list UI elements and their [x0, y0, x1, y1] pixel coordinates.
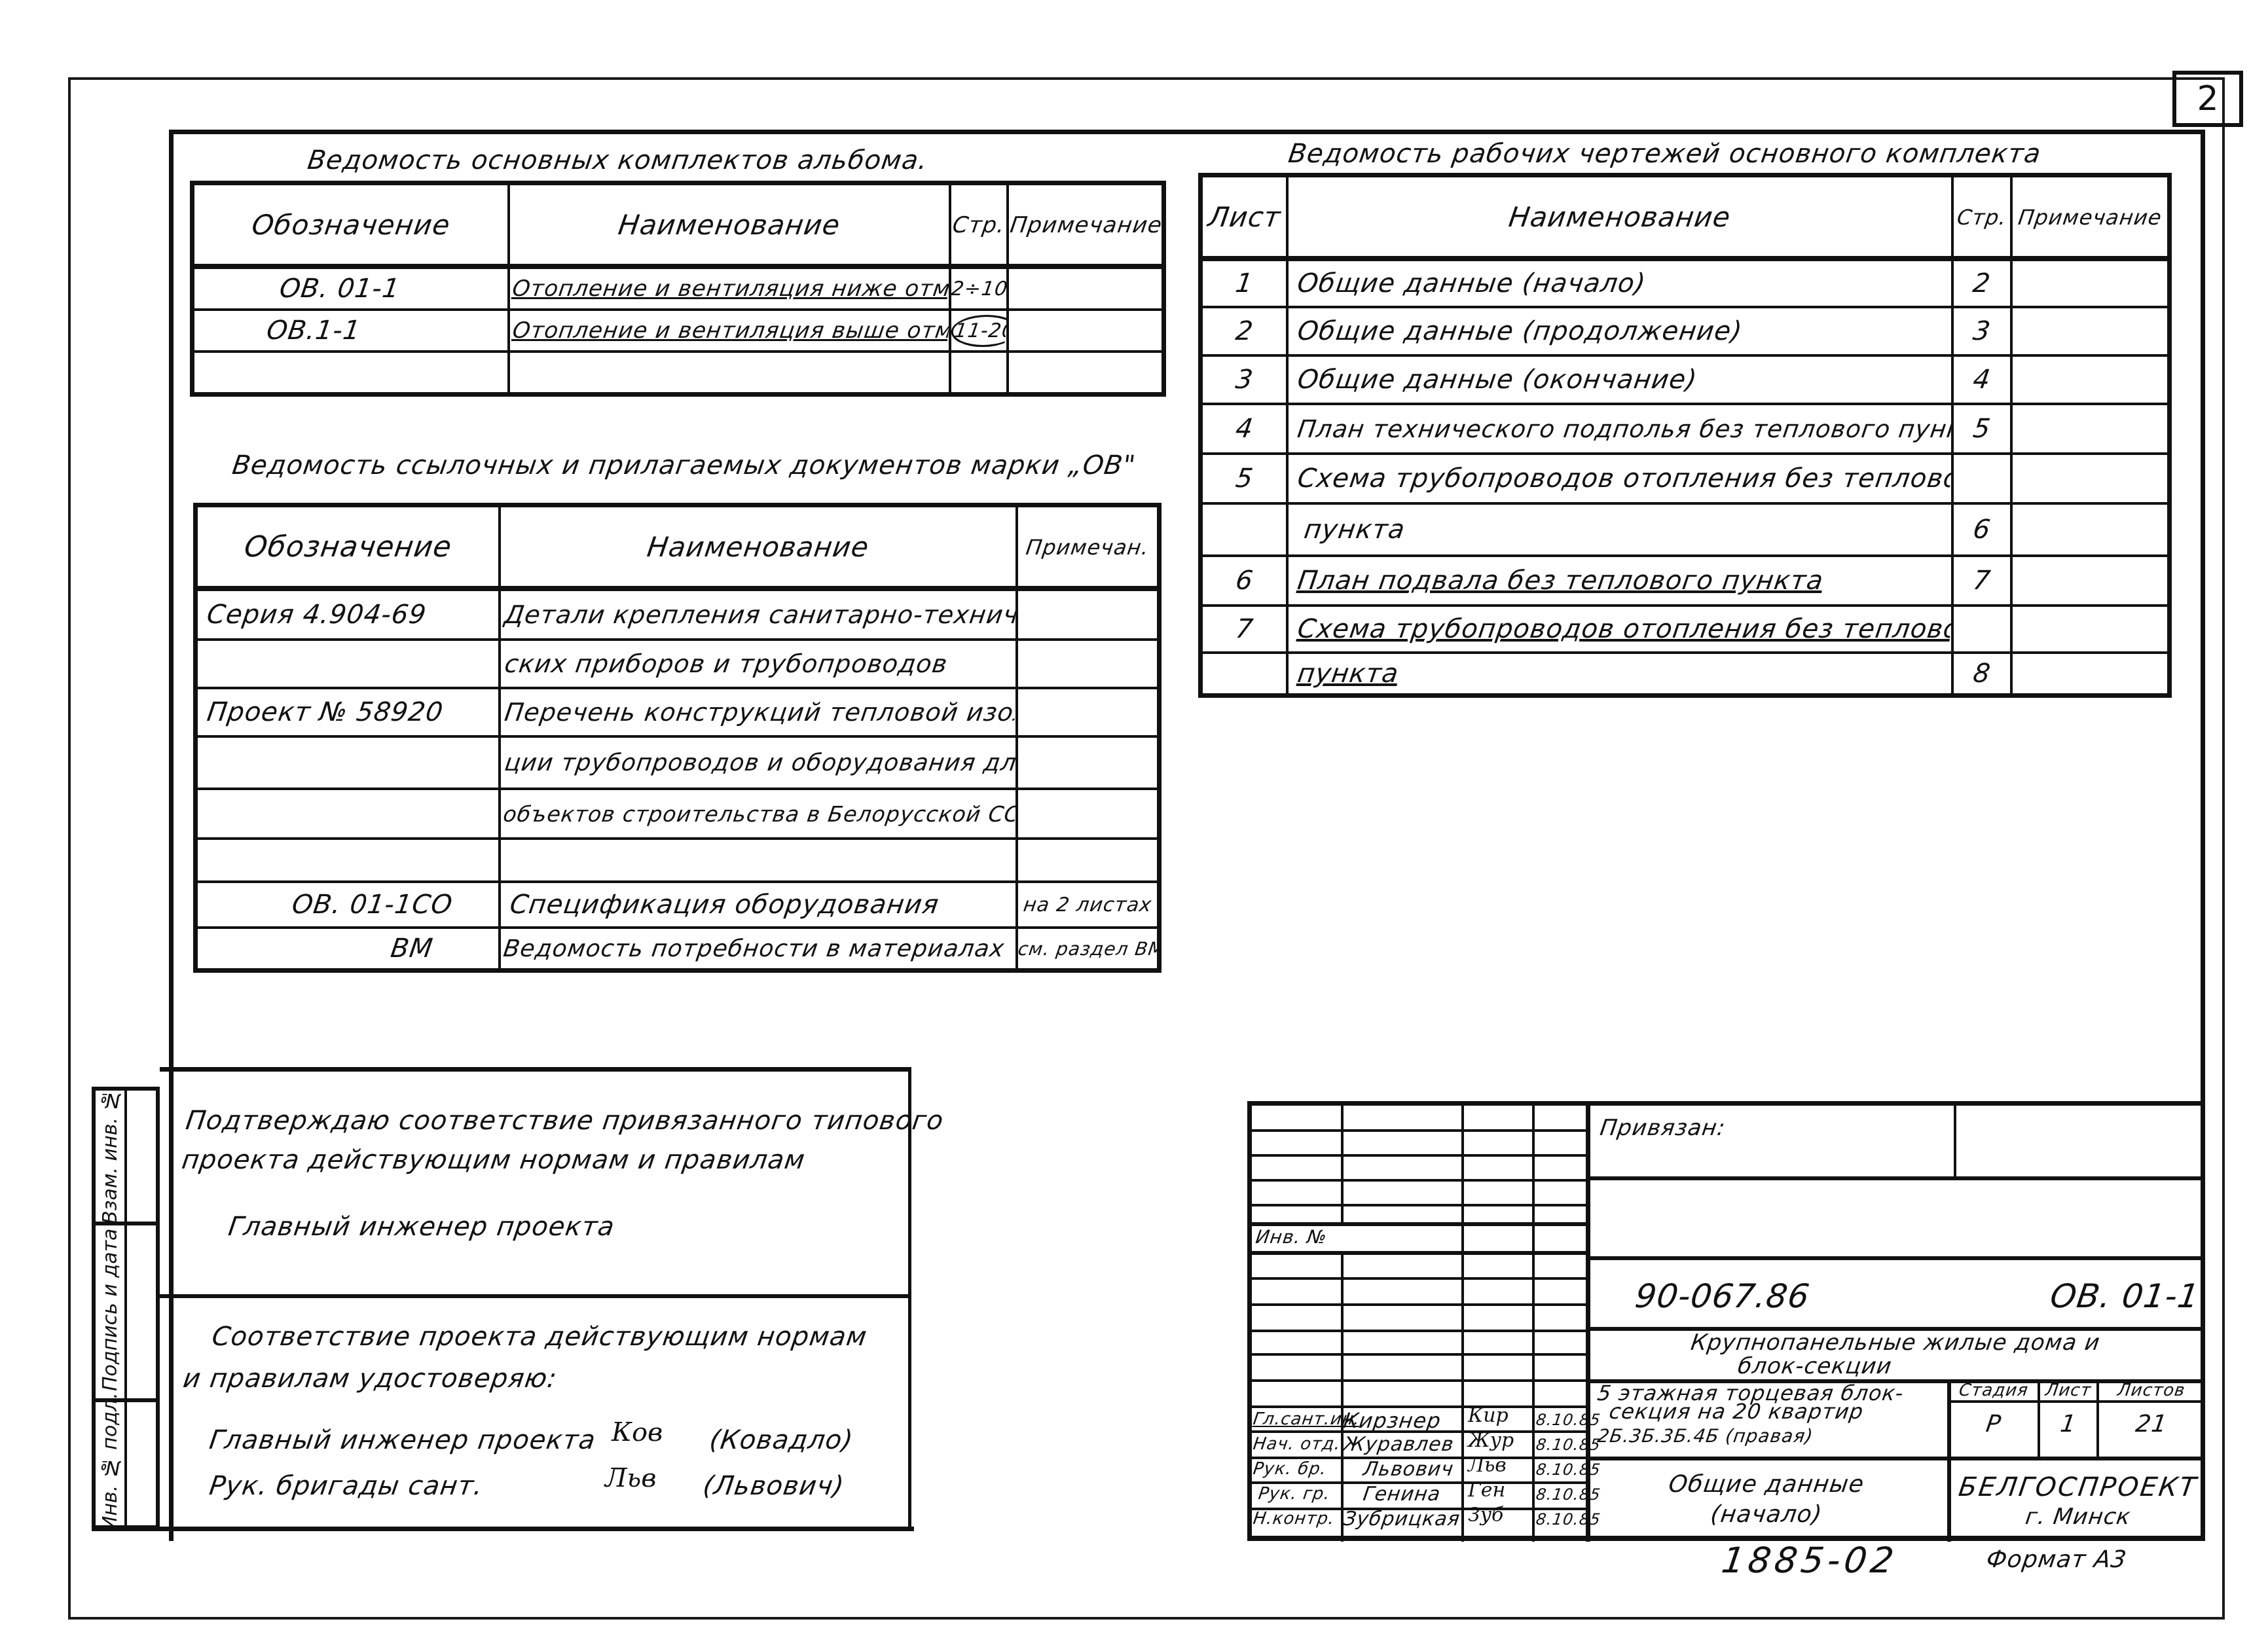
certify-line1: Соответствие проекта действующим нормам [210, 1322, 869, 1352]
page-cell [1948, 454, 2015, 503]
note-cell [1017, 839, 1160, 882]
sheet-cell [1198, 653, 1290, 696]
table-row: 6 План подвала без теплового пункта 7 [1201, 556, 2170, 606]
staff-date: 8.10.85 [1535, 1436, 1602, 1454]
table-row: Серия 4.904-69 Детали крепления санитарн… [196, 589, 1160, 640]
note-cell [1017, 688, 1160, 736]
designation-cell: ОВ.1-1 [189, 310, 511, 352]
table-row: ВМ Ведомость потребности в материалах см… [196, 928, 1160, 971]
note-cell [1008, 310, 1164, 352]
staff-role: Рук. гр. [1257, 1484, 1332, 1504]
staff-signature: Жур [1468, 1429, 1514, 1452]
organization-city: г. Минск [1949, 1504, 2207, 1530]
page-number: 2 [2197, 79, 2218, 118]
designation-cell: ОВ. 01-1СО [192, 882, 503, 928]
page-cell: 3 [1948, 307, 2014, 355]
note-cell: на 2 листах [1014, 882, 1163, 928]
approval-block: Подтверждаю соответствие привязанного ти… [160, 1067, 911, 1529]
col-header-page: Стр. [944, 183, 1014, 267]
col-header-designation: Обозначение [190, 505, 505, 589]
table-row: ции трубопроводов и оборудования для [196, 736, 1160, 789]
object-line2: секция на 20 квартир [1607, 1399, 1865, 1424]
note-cell [2011, 355, 2170, 404]
page-cell: 4 [1948, 355, 2014, 404]
drawing-title-line1: Общие данные [1584, 1471, 1949, 1498]
signatory-role: Рук. бригады сант. [208, 1471, 485, 1501]
sheets-value: 21 [2097, 1411, 2206, 1438]
name-cell: Общие данные (начало) [1283, 259, 1955, 307]
staff-row: Рук. гр. Генина Ген 8.10.85 [1252, 1483, 1586, 1508]
signatory-role: Главный инженер проекта [208, 1425, 598, 1455]
col-header-page: Стр. [1947, 175, 2017, 259]
col-header-name: Наименование [503, 183, 956, 267]
note-cell [1017, 640, 1160, 688]
name-cell: Общие данные (окончание) [1283, 355, 1955, 404]
table-row: 4 План технического подполья без теплово… [1201, 404, 2170, 454]
sheet-value: 1 [2038, 1411, 2098, 1438]
format-label: Формат А3 [1985, 1546, 2129, 1573]
name-cell [500, 839, 1017, 882]
table-row: 7 Схема трубопроводов отопления без тепл… [1201, 606, 2170, 653]
page-range: 11-20 [949, 315, 1010, 347]
designation-cell [192, 352, 509, 395]
name-cell: План подвала без теплового пункта [1283, 556, 1956, 606]
staff-name: Львович [1362, 1458, 1455, 1481]
name-cell: Детали крепления санитарно-техниче- [496, 589, 1020, 640]
signatory-name: (Львович) [701, 1471, 847, 1501]
name-cell: ских приборов и трубопроводов [496, 640, 1019, 688]
table-row: Проект № 58920 Перечень конструкций тепл… [196, 688, 1160, 736]
document-code: ОВ. 01-1 [2048, 1277, 2202, 1315]
col-header-note: Примечание [1002, 183, 1170, 267]
drawings-table: Лист Наименование Стр. Примечание 1 Общи… [1198, 173, 2172, 698]
table-row [192, 352, 1164, 395]
side-stamp-replaced-inv: Взам. инв. № [96, 1091, 124, 1222]
staff-signature: Зуб [1468, 1504, 1503, 1527]
side-stamp: Взам. инв. № Подпись и дата Инв. № подл. [92, 1087, 160, 1529]
note-cell [1017, 789, 1160, 839]
staff-row: Рук. бр. Львович Льв 8.10.85 [1252, 1458, 1586, 1483]
table-row: пункта 8 [1201, 653, 2170, 696]
name-cell: Общие данные (продолжение) [1283, 307, 1955, 355]
staff-row: Н.контр. Зубрицкая Зуб 8.10.85 [1252, 1508, 1586, 1532]
name-cell: Ведомость потребности в материалах [496, 928, 1019, 971]
table-row: ОВ. 01-1 Отопление и вентиляция ниже отм… [192, 266, 1164, 310]
page-cell: 2 [1948, 259, 2014, 307]
project-name-line1: Крупнопанельные жилые дома и [1584, 1330, 2207, 1356]
table-row: 3 Общие данные (окончание) 4 [1201, 355, 2170, 404]
note-cell [1017, 736, 1160, 789]
note-cell: см. раздел ВМ [1014, 928, 1162, 971]
name-cell: Схема трубопроводов отопления без теплов… [1283, 454, 1956, 503]
page-number-box: 2 [2172, 71, 2243, 127]
staff-row: Нач. отд. Журавлев Жур 8.10.85 [1252, 1433, 1586, 1458]
inv-number-label: Инв. № [1254, 1226, 1328, 1248]
signature-mark: Ков [612, 1417, 663, 1447]
title-block: Инв. № Гл.сант.ин. Кирзнер Кир 8.10.85 Н… [1247, 1101, 2205, 1541]
staff-date: 8.10.85 [1535, 1411, 1602, 1429]
table-row [196, 839, 1160, 882]
confirm-text-line1: Подтверждаю соответствие привязанного ти… [184, 1106, 945, 1136]
table-row: пункта 6 [1201, 503, 2170, 556]
col-header-name: Наименование [1281, 175, 1958, 259]
name-cell: пункта [1283, 503, 1956, 556]
page-cell: 2÷10 [947, 266, 1010, 310]
staff-name: Журавлев [1342, 1433, 1455, 1456]
table-row: 1 Общие данные (начало) 2 [1201, 259, 2170, 307]
staff-role: Рук. бр. [1252, 1459, 1328, 1479]
note-cell [2011, 404, 2170, 454]
name-cell: План технического подполья без теплового… [1283, 404, 1956, 454]
col-header-name: Наименование [494, 505, 1023, 589]
organization-name: БЕЛГОСПРОЕКТ [1949, 1472, 2207, 1502]
object-line3: 2Б.3Б.3Б.4Б (правая) [1596, 1425, 1815, 1447]
designation-cell: ВМ [192, 928, 502, 971]
name-cell: объектов строительства в Белорусской ССР [496, 789, 1020, 839]
albums-table: Обозначение Наименование Стр. Примечание… [190, 181, 1166, 397]
drawings-table-title: Ведомость рабочих чертежей основного ком… [1287, 139, 2043, 169]
refs-table-title: Ведомость ссылочных и прилагаемых докуме… [230, 450, 1138, 480]
page-cell [1948, 606, 2014, 653]
project-name-line2: блок-секции [1584, 1353, 2046, 1379]
note-cell [2011, 503, 2170, 556]
designation-cell [196, 736, 500, 789]
name-cell: Отопление и вентиляция выше отм.0.000 [505, 310, 953, 352]
sheet-cell: 1 [1197, 259, 1290, 307]
designation-cell: ОВ. 01-1 [189, 266, 511, 310]
sheets-header: Листов [2098, 1381, 2205, 1400]
signature-mark: Льв [605, 1463, 656, 1493]
staff-name: Кирзнер [1342, 1408, 1442, 1433]
page-cell [950, 352, 1008, 395]
designation-cell [196, 789, 500, 839]
sheet-cell: 3 [1197, 355, 1290, 404]
grid-line [1954, 1106, 1956, 1179]
name-cell: пункта [1284, 653, 1955, 696]
approval-divider [160, 1294, 908, 1298]
note-cell [2011, 307, 2170, 355]
page-cell-circled: 11-20 [947, 310, 1010, 352]
sheet-cell: 7 [1197, 606, 1290, 653]
side-stamp-original-inv: Инв. № подл. [96, 1398, 124, 1525]
col-header-designation: Обозначение [187, 183, 515, 267]
staff-row: Гл.сант.ин. Кирзнер Кир 8.10.85 [1252, 1408, 1586, 1433]
page-cell: 8 [1949, 653, 2014, 696]
table-row: ОВ.1-1 Отопление и вентиляция выше отм.0… [192, 310, 1164, 352]
project-code: 90-067.86 [1633, 1277, 1812, 1315]
note-cell [2011, 454, 2170, 503]
designation-cell: Проект № 58920 [192, 688, 502, 736]
name-cell: Схема трубопроводов отопления без теплов… [1283, 606, 1955, 653]
drawing-title-line2: (начало) [1584, 1501, 1949, 1528]
stage-header: Стадия [1948, 1381, 2039, 1400]
approval-bottom-border [92, 1527, 914, 1531]
name-cell [509, 352, 950, 395]
name-cell: ции трубопроводов и оборудования для [496, 736, 1020, 789]
col-header-note: Примечание [2005, 175, 2176, 259]
page-cell: 5 [1948, 404, 2015, 454]
chief-engineer-label: Главный инженер проекта [227, 1212, 617, 1242]
staff-name: Зубрицкая [1342, 1508, 1462, 1531]
staff-signature: Ген [1468, 1479, 1505, 1502]
staff-name: Генина [1362, 1483, 1442, 1506]
sheet-header: Лист [2039, 1381, 2098, 1400]
side-stamp-divider [124, 1091, 127, 1525]
stage-value: Р [1948, 1411, 2039, 1438]
col-header-note: Примечан. [1011, 505, 1165, 589]
sheet-cell: 4 [1197, 404, 1290, 454]
table-row: объектов строительства в Белорусской ССР [196, 789, 1160, 839]
table-row: 2 Общие данные (продолжение) 3 [1201, 307, 2170, 355]
sheet-cell [1197, 503, 1290, 556]
refs-table-header: Обозначение Наименование Примечан. [196, 505, 1160, 589]
note-cell [2011, 556, 2170, 606]
name-cell: Перечень конструкций тепловой изоля- [496, 688, 1019, 736]
bound-label: Привязан: [1598, 1115, 1727, 1141]
note-cell [1017, 589, 1160, 640]
staff-role: Н.контр. [1252, 1509, 1336, 1529]
table-row: ских приборов и трубопроводов [196, 640, 1160, 688]
note-cell [2011, 606, 2170, 653]
designation-cell: Серия 4.904-69 [192, 589, 503, 640]
note-cell [2011, 653, 2170, 696]
note-cell [1008, 352, 1164, 395]
staff-signature: Кир [1468, 1404, 1509, 1427]
confirm-text-line2: проекта действующим нормам и правилам [180, 1145, 807, 1175]
note-cell [1008, 266, 1164, 310]
staff-role: Нач. отд. [1252, 1434, 1342, 1454]
archive-code: 1885-02 [1719, 1540, 1900, 1581]
drawings-table-header: Лист Наименование Стр. Примечание [1201, 175, 2170, 259]
refs-table: Обозначение Наименование Примечан. Серия… [193, 503, 1161, 973]
albums-table-header: Обозначение Наименование Стр. Примечание [192, 183, 1164, 267]
note-cell [2011, 259, 2170, 307]
sheet-cell: 2 [1197, 307, 1290, 355]
page-cell: 7 [1948, 556, 2015, 606]
page-cell: 6 [1948, 503, 2015, 556]
signatory-name: (Ковадло) [708, 1425, 855, 1455]
sheet-cell: 6 [1197, 556, 1290, 606]
staff-signature: Льв [1468, 1454, 1507, 1477]
name-cell: Отопление и вентиляция ниже отм.0.000 [505, 266, 953, 310]
side-stamp-signature-date: Подпись и дата [96, 1222, 124, 1398]
col-header-sheet: Лист [1195, 175, 1293, 259]
certify-line2: и правилам удостоверяю: [181, 1364, 559, 1394]
name-cell: Спецификация оборудования [496, 882, 1020, 928]
table-row: 5 Схема трубопроводов отопления без тепл… [1201, 454, 2170, 503]
designation-cell [196, 640, 500, 688]
designation-cell [196, 839, 500, 882]
sheet-cell: 5 [1197, 454, 1290, 503]
albums-table-title: Ведомость основных комплектов альбома. [306, 145, 930, 175]
table-row: ОВ. 01-1СО Спецификация оборудования на … [196, 882, 1160, 928]
